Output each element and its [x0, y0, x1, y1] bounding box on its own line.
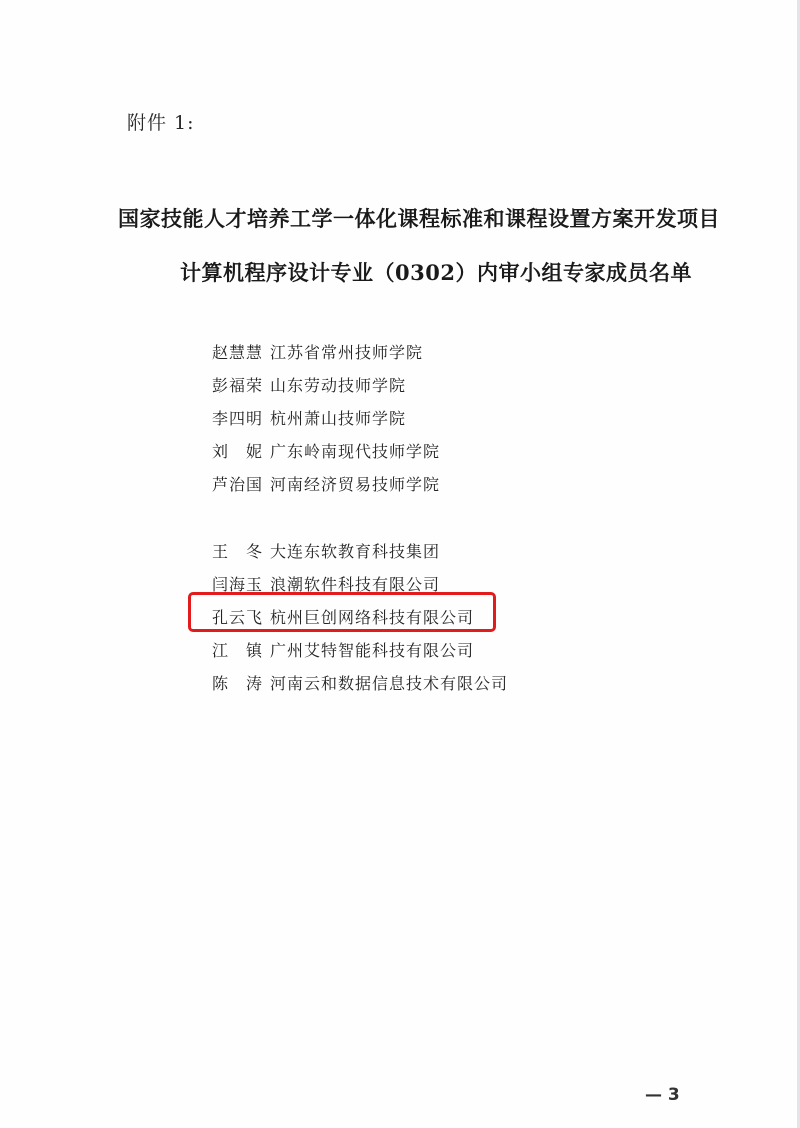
member-name: 刘 妮	[212, 439, 270, 462]
member-name: 江 镇	[212, 638, 270, 661]
member-row: 江 镇 广州艾特智能科技有限公司	[212, 636, 474, 662]
member-row: 王 冬 大连东软教育科技集团	[212, 537, 440, 563]
member-name: 芦治国	[212, 472, 270, 495]
member-organization: 大连东软教育科技集团	[270, 539, 440, 562]
member-row: 赵慧慧 江苏省常州技师学院	[212, 338, 423, 364]
member-name: 王 冬	[212, 539, 270, 562]
document-page: 附件 1: 国家技能人才培养工学一体化课程标准和课程设置方案开发项目 计算机程序…	[0, 0, 800, 1128]
member-name: 陈 涛	[212, 671, 270, 694]
highlight-box	[188, 592, 496, 632]
member-row: 芦治国 河南经济贸易技师学院	[212, 470, 440, 496]
member-name: 赵慧慧	[212, 340, 270, 363]
member-organization: 杭州萧山技师学院	[270, 406, 406, 429]
member-organization: 江苏省常州技师学院	[270, 340, 423, 363]
page-number: — 3	[645, 1085, 680, 1105]
member-name: 彭福荣	[212, 373, 270, 396]
member-row: 彭福荣 山东劳动技师学院	[212, 371, 406, 397]
member-row: 陈 涛 河南云和数据信息技术有限公司	[212, 669, 508, 695]
document-title-line-1: 国家技能人才培养工学一体化课程标准和课程设置方案开发项目	[118, 203, 720, 233]
member-row: 李四明 杭州萧山技师学院	[212, 404, 406, 430]
document-title-line-2: 计算机程序设计专业（0302）内审小组专家成员名单	[180, 257, 692, 287]
attachment-label: 附件 1:	[127, 108, 195, 135]
member-organization: 山东劳动技师学院	[270, 373, 406, 396]
member-organization: 河南经济贸易技师学院	[270, 472, 440, 495]
member-organization: 广州艾特智能科技有限公司	[270, 638, 474, 661]
member-row: 刘 妮 广东岭南现代技师学院	[212, 437, 440, 463]
member-organization: 广东岭南现代技师学院	[270, 439, 440, 462]
member-name: 李四明	[212, 406, 270, 429]
member-organization: 河南云和数据信息技术有限公司	[270, 671, 508, 694]
